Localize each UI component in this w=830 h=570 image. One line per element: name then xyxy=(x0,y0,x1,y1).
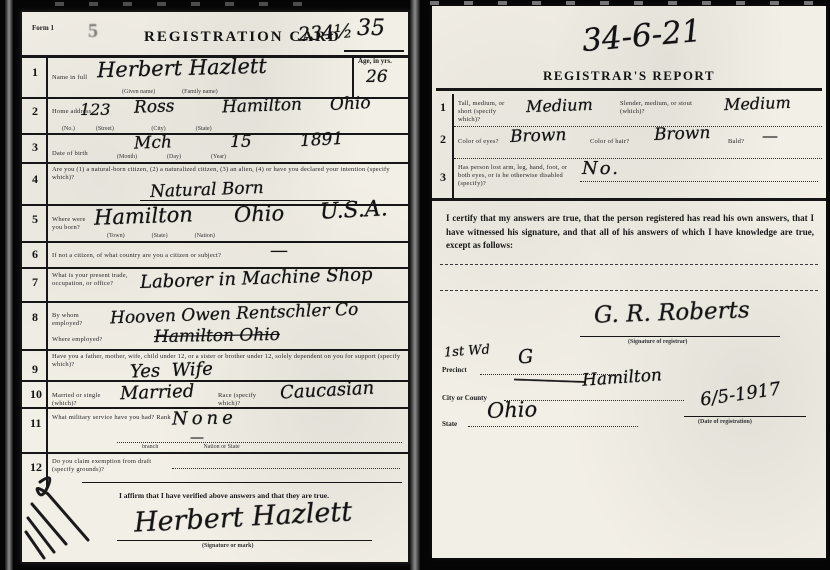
row11-label: What military service have you had? Rank xyxy=(52,414,182,422)
certification-text: I certify that my answers are true, that… xyxy=(446,212,814,253)
precinct-value-2: G xyxy=(517,346,533,369)
order-number: 35 xyxy=(357,16,385,41)
order-number-line xyxy=(344,50,404,52)
registration-card-page: Form 1 5 REGISTRATION CARD 234½ 35 1 Nam… xyxy=(20,10,410,564)
bald-value: — xyxy=(762,126,778,145)
title-rule xyxy=(436,88,822,91)
row5-rule xyxy=(22,241,408,243)
age-box-line xyxy=(352,55,354,97)
film-edge-marks xyxy=(430,1,826,5)
row2-rule xyxy=(22,133,408,135)
row2-number: 2 xyxy=(32,104,38,119)
city-value: Hamilton xyxy=(581,365,662,391)
address-city: Hamilton xyxy=(222,95,303,118)
row3-rule xyxy=(22,162,408,164)
report-number-line xyxy=(452,94,454,198)
row1-caption: (Given name) (Family name) xyxy=(122,89,218,95)
precinct-value: 1st Wd xyxy=(444,342,491,360)
registrar-signature-line xyxy=(580,336,780,337)
report-row2-number: 2 xyxy=(440,132,446,147)
birthplace-town: Hamilton xyxy=(94,202,194,229)
precinct-label: Precinct xyxy=(442,366,467,374)
row7-label: What is your present trade, occupation, … xyxy=(52,272,137,288)
city-label: City or County xyxy=(442,394,487,402)
form-number-label: Form 1 xyxy=(32,24,54,32)
row5-number: 5 xyxy=(32,212,38,227)
row9-number: 9 xyxy=(32,362,38,377)
exception-line-1 xyxy=(440,264,818,265)
scanned-document: Form 1 5 REGISTRATION CARD 234½ 35 1 Nam… xyxy=(0,0,830,570)
row11-rule xyxy=(22,452,408,454)
row11-caption: branch Nation or State xyxy=(142,444,240,450)
film-edge-marks-left xyxy=(55,2,305,6)
row3-label: Date of birth xyxy=(52,150,97,158)
address-state: Ohio xyxy=(330,93,372,115)
stamp-number: 5 xyxy=(88,20,98,43)
hair-color-value: Brown xyxy=(654,123,711,145)
employer-value: Hooven Owen Rentschler Co xyxy=(110,300,359,329)
row5-caption: (Town) (State) (Nation) xyxy=(107,233,215,239)
state-value: Ohio xyxy=(487,397,538,423)
registrar-signature-caption: (Signature of registrar) xyxy=(628,339,687,345)
row10-label: Married or single (which)? xyxy=(52,392,117,408)
birth-month: Mch xyxy=(134,132,173,153)
row6-value: — xyxy=(270,240,288,261)
race-value: Caucasian xyxy=(280,378,375,404)
age-value: 26 xyxy=(366,67,388,87)
row10-number: 10 xyxy=(30,387,42,402)
row6-label: If not a citizen, of what country are yo… xyxy=(52,252,352,260)
birth-year: 1891 xyxy=(300,129,344,151)
registrars-report-page: 34-6-21 REGISTRAR'S REPORT 1 Tall, mediu… xyxy=(432,6,826,558)
row8-number: 8 xyxy=(32,310,38,325)
address-number: 123 xyxy=(80,100,111,119)
report-row1-number: 1 xyxy=(440,100,446,115)
report-row2-label1: Color of eyes? xyxy=(458,138,506,146)
row3-caption: (Month) (Day) (Year) xyxy=(117,154,226,160)
row12-line1 xyxy=(172,468,400,469)
report-row2-label2: Color of hair? xyxy=(590,138,638,146)
report-title: REGISTRAR'S REPORT xyxy=(432,68,826,84)
age-label: Age, in yrs. xyxy=(358,57,404,65)
report-box-rule xyxy=(432,198,826,201)
serial-number: 234½ xyxy=(297,20,353,46)
row1-label: Name in full xyxy=(52,74,92,82)
registration-date: 6/5-1917 xyxy=(699,378,782,410)
row10-label2: Race (specify which)? xyxy=(218,392,276,408)
report-row2-rule xyxy=(454,158,822,159)
birth-day: 15 xyxy=(230,132,252,152)
date-line xyxy=(684,416,806,417)
row8-label2: Where employed? xyxy=(52,336,107,344)
name-value: Herbert Hazlett xyxy=(97,54,267,82)
row12-line2 xyxy=(82,482,402,483)
report-row3-label: Has person lost arm, leg, hand, foot, or… xyxy=(458,164,576,188)
signature-line xyxy=(117,540,372,541)
row1-number: 1 xyxy=(32,65,38,80)
build-value: Medium xyxy=(724,93,791,114)
disability-value: No. xyxy=(582,158,620,179)
row6-number: 6 xyxy=(32,247,38,262)
row7-number: 7 xyxy=(32,275,38,290)
corner-scrawl xyxy=(10,474,105,564)
row8-label: By whom employed? xyxy=(52,312,107,328)
military-value: None xyxy=(172,407,237,429)
date-caption: (Date of registration) xyxy=(698,419,752,425)
number-column-line xyxy=(46,55,48,487)
exception-line-2 xyxy=(440,290,818,291)
registrant-signature: Herbert Hazlett xyxy=(133,496,353,538)
row3-number: 3 xyxy=(32,140,38,155)
citizenship-value: Natural Born xyxy=(150,178,264,202)
report-row3-line xyxy=(580,181,818,182)
report-row2-label3: Bald? xyxy=(728,138,752,146)
row8-rule xyxy=(22,349,408,351)
row11-line xyxy=(117,442,402,443)
marital-value: Married xyxy=(120,381,195,405)
eye-color-value: Brown xyxy=(510,125,567,147)
report-row1-label1: Tall, medium, or short (specify which)? xyxy=(458,100,520,124)
birthplace-nation: U.S.A. xyxy=(319,196,388,225)
struck-text-mark xyxy=(514,374,586,388)
file-number: 34-6-21 xyxy=(581,13,703,59)
state-label: State xyxy=(442,420,457,428)
row4-number: 4 xyxy=(32,172,38,187)
film-strip-middle xyxy=(410,0,420,570)
registrar-signature: G. R. Roberts xyxy=(594,297,750,328)
row2-caption: (No.) (Street) (City) (State) xyxy=(62,126,212,132)
row12-number: 12 xyxy=(30,460,42,475)
birthplace-state: Ohio xyxy=(234,201,285,227)
address-street: Ross xyxy=(134,96,175,117)
state-line xyxy=(468,426,638,427)
row5-label: Where were you born? xyxy=(52,216,92,232)
height-value: Medium xyxy=(526,95,593,116)
signature-caption: (Signature or mark) xyxy=(202,543,253,549)
row11-number: 11 xyxy=(30,416,41,431)
report-row1-label2: Slender, medium, or stout (which)? xyxy=(620,100,698,116)
row9-label: Have you a father, mother, wife, child u… xyxy=(52,353,404,369)
report-row3-number: 3 xyxy=(440,170,446,185)
employer-place-value: Hamilton Ohio xyxy=(154,325,280,347)
dependents-value: Yes Wife xyxy=(130,359,214,383)
row12-label: Do you claim exemption from draft (speci… xyxy=(52,458,172,474)
